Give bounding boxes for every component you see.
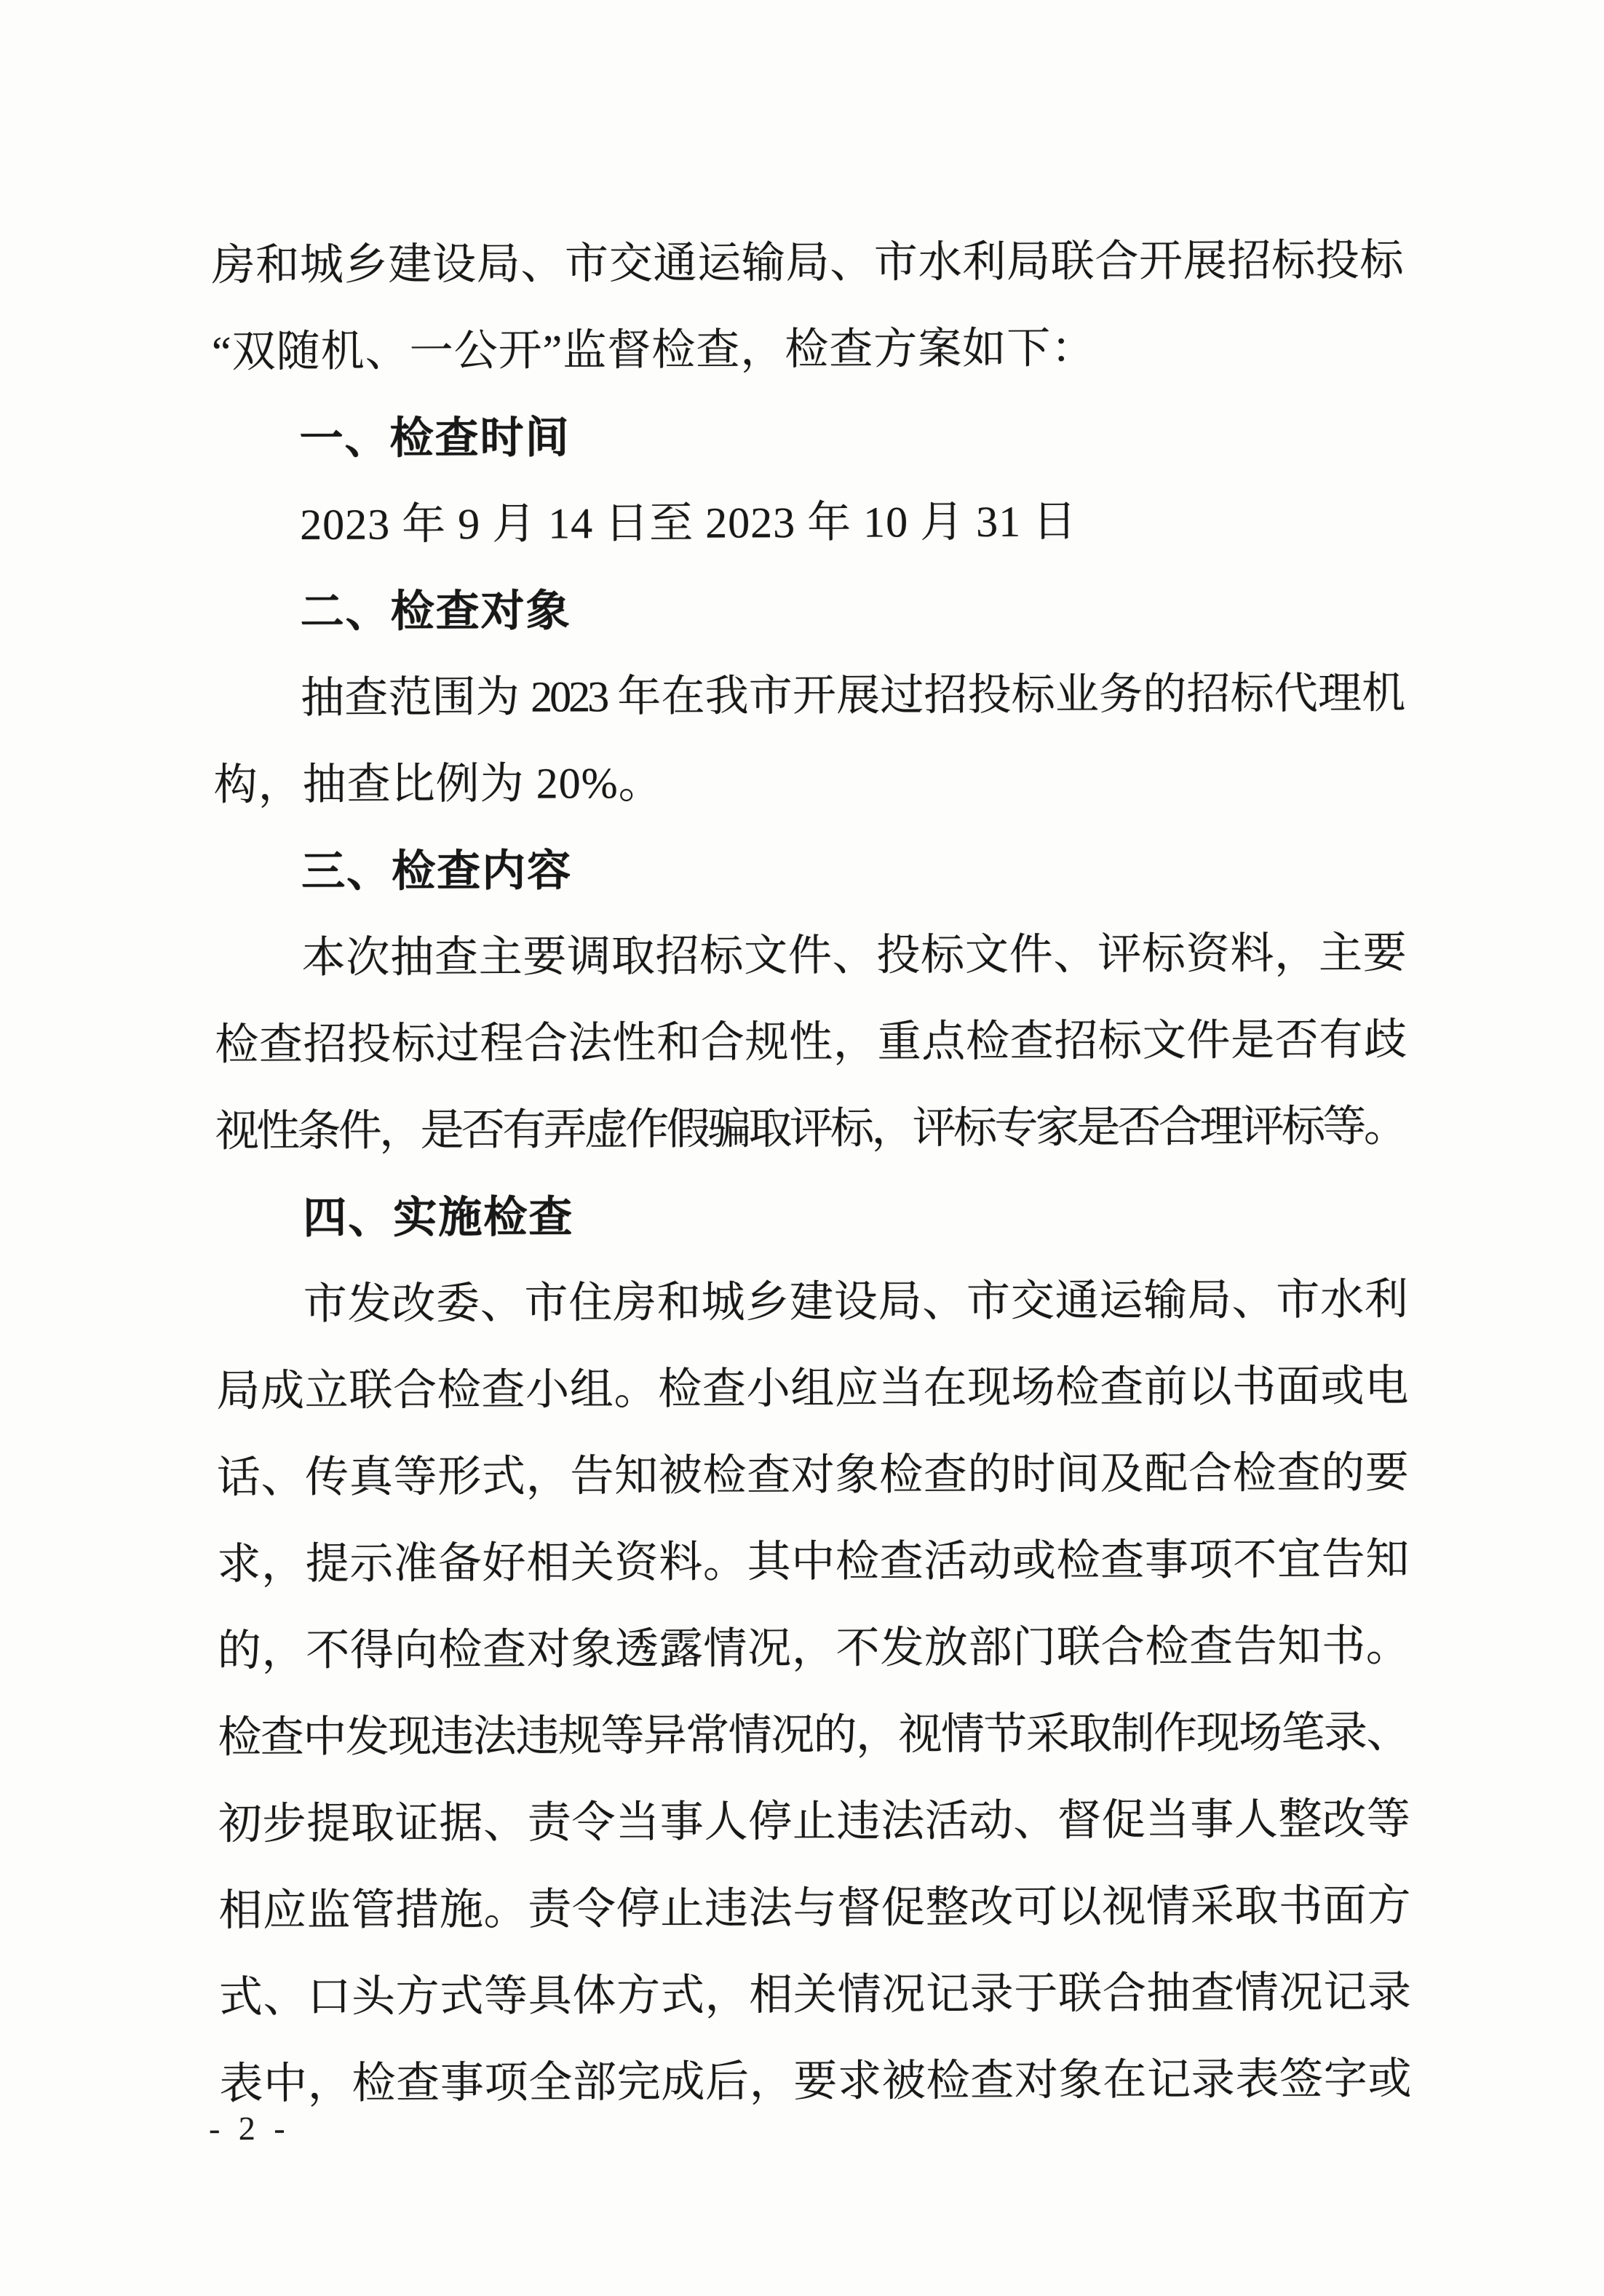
doc-line: 检查中发现违法违规等异常情况的，视情节采取制作现场笔录、 (218, 1689, 1408, 1781)
doc-line: 抽查范围为 2023 年在我市开展过招投标业务的招标代理机 (213, 650, 1403, 742)
page-number: - 2 - (209, 2109, 290, 2148)
doc-line: 本次抽查主要调取招标文件、投标文件、评标资料，主要 (214, 910, 1404, 1001)
doc-line: 初步提取证据、责令当事人停止违法活动、督促当事人整改等 (218, 1776, 1408, 1867)
doc-line: 表中，检查事项全部完成后，要求被检查对象在记录表签字或 (219, 2035, 1409, 2127)
doc-line: 构，抽查比例为 20%。 (213, 736, 1403, 828)
doc-line: 检查招投标过程合法性和合规性，重点检查招标文件是否有歧 (215, 996, 1405, 1088)
doc-line: 的，不得向检查对象透露情况，不发放部门联合检查告知书。 (218, 1602, 1408, 1694)
scanned-document-page: 房和城乡建设局、市交通运输局、市水利局联合开展招标投标 “双随机、一公开”监督检… (0, 0, 1604, 2296)
section-heading: 一、检查时间 (212, 390, 1402, 482)
section-heading: 四、实施检查 (215, 1169, 1405, 1261)
document-body: 房和城乡建设局、市交通运输局、市水利局联合开展招标投标 “双随机、一公开”监督检… (211, 217, 1408, 2127)
doc-line: 局成立联合检查小组。检查小组应当在现场检查前以书面或电 (216, 1343, 1406, 1434)
section-heading: 三、检查内容 (214, 823, 1404, 915)
doc-line: “双随机、一公开”监督检查，检查方案如下： (212, 303, 1402, 395)
date-line: 2023 年 9 月 14 日至 2023 年 10 月 31 日 (213, 477, 1402, 568)
doc-line: 相应监管措施。责令停止违法与督促整改可以视情采取书面方 (218, 1862, 1408, 1954)
doc-line: 式、口头方式等具体方式，相关情况记录于联合抽查情况记录 (219, 1949, 1409, 2041)
section-heading: 二、检查对象 (213, 563, 1402, 655)
doc-line: 市发改委、市住房和城乡建设局、市交通运输局、市水利 (216, 1256, 1406, 1348)
doc-line: 视性条件，是否有弄虚作假骗取评标，评标专家是否合理评标等。 (215, 1083, 1405, 1175)
doc-line: 房和城乡建设局、市交通运输局、市水利局联合开展招标投标 (211, 217, 1401, 309)
doc-line: 求，提示准备好相关资料。其中检查活动或检查事项不宜告知 (217, 1516, 1407, 1608)
doc-line: 话、传真等形式，告知被检查对象检查的时间及配合检查的要 (217, 1429, 1407, 1521)
